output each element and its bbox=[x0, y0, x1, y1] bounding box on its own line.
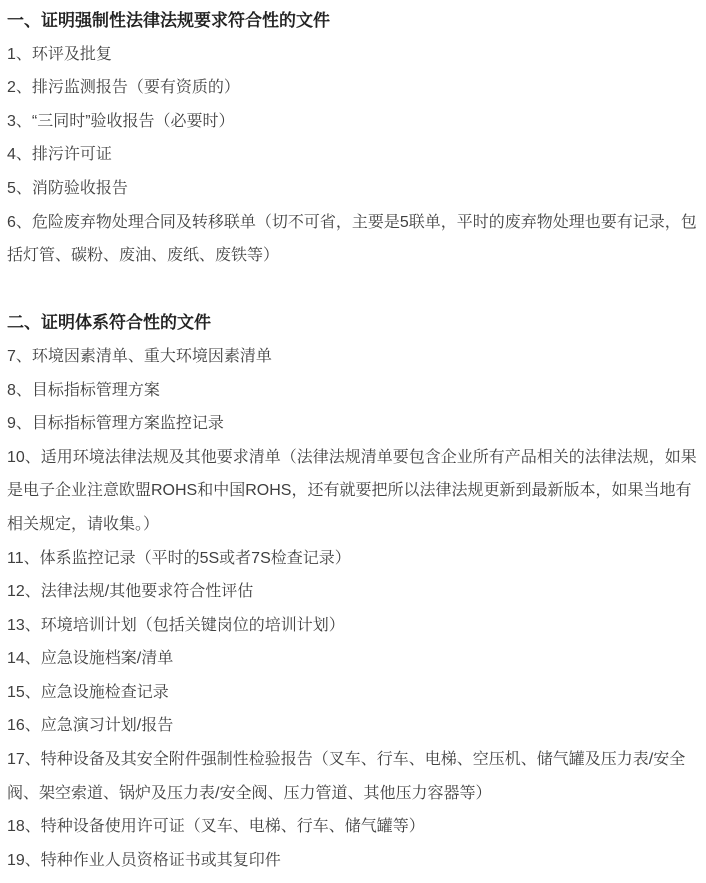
list-item: 18、特种设备使用许可证（叉车、电梯、行车、储气罐等） bbox=[7, 810, 698, 844]
list-item: 13、环境培训计划（包括关键岗位的培训计划） bbox=[7, 609, 698, 643]
list-item: 7、环境因素清单、重大环境因素清单 bbox=[7, 340, 698, 374]
section-system-compliance: 二、证明体系符合性的文件 7、环境因素清单、重大环境因素清单 8、目标指标管理方… bbox=[7, 306, 698, 877]
list-item: 12、法律法规/其他要求符合性评估 bbox=[7, 575, 698, 609]
list-item: 11、体系监控记录（平时的5S或者7S检查记录） bbox=[7, 542, 698, 576]
list-item: 2、排污监测报告（要有资质的） bbox=[7, 71, 698, 105]
section-heading: 一、证明强制性法律法规要求符合性的文件 bbox=[7, 4, 698, 38]
list-item: 16、应急演习计划/报告 bbox=[7, 709, 698, 743]
list-item: 17、特种设备及其安全附件强制性检验报告（叉车、行车、电梯、空压机、储气罐及压力… bbox=[7, 743, 698, 810]
list-item: 5、消防验收报告 bbox=[7, 172, 698, 206]
list-item: 3、“三同时”验收报告（必要时） bbox=[7, 105, 698, 139]
list-item: 6、危险废弃物处理合同及转移联单（切不可省，主要是5联单，平时的废弃物处理也要有… bbox=[7, 206, 698, 273]
list-item: 14、应急设施档案/清单 bbox=[7, 642, 698, 676]
document-page: { "page": { "background_color": "#ffffff… bbox=[0, 0, 706, 883]
list-item: 19、特种作业人员资格证书或其复印件 bbox=[7, 844, 698, 878]
section-mandatory-legal-compliance: 一、证明强制性法律法规要求符合性的文件 1、环评及批复 2、排污监测报告（要有资… bbox=[7, 4, 698, 273]
section-heading: 二、证明体系符合性的文件 bbox=[7, 306, 698, 340]
list-item: 15、应急设施检查记录 bbox=[7, 676, 698, 710]
list-item: 4、排污许可证 bbox=[7, 138, 698, 172]
list-item: 1、环评及批复 bbox=[7, 38, 698, 72]
list-item: 8、目标指标管理方案 bbox=[7, 374, 698, 408]
list-item: 9、目标指标管理方案监控记录 bbox=[7, 407, 698, 441]
list-item: 10、适用环境法律法规及其他要求清单（法律法规清单要包含企业所有产品相关的法律法… bbox=[7, 441, 698, 542]
